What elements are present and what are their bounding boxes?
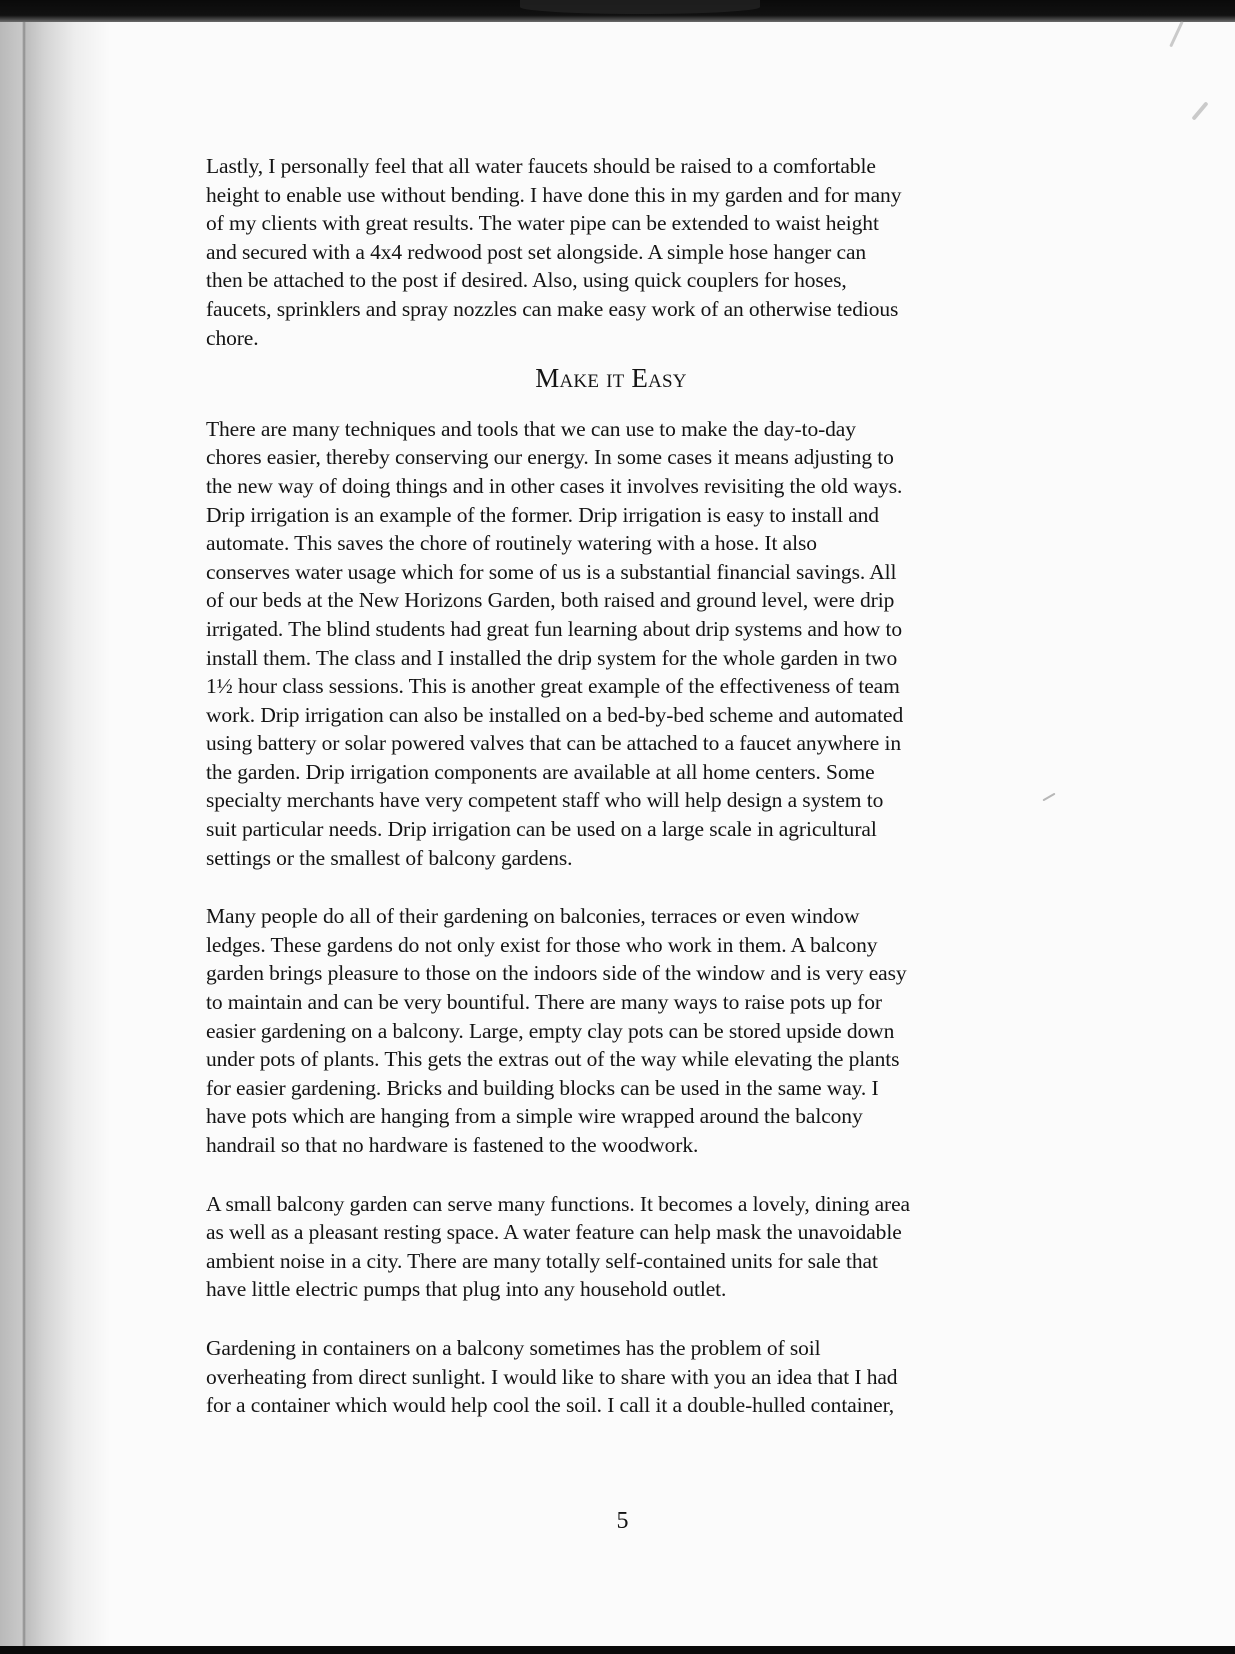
scan-smudge [1169, 21, 1184, 48]
paragraph-container-overheating: Gardening in containers on a balcony som… [206, 1334, 1006, 1420]
paragraph-spacer [206, 1160, 1006, 1190]
paragraph-small-balcony-garden: A small balcony garden can serve many fu… [206, 1190, 1006, 1304]
scan-mark [1042, 793, 1055, 802]
paragraph-spacer [206, 1304, 1006, 1334]
page-number: 5 [0, 1508, 1235, 1535]
paragraph-raised-faucets: Lastly, I personally feel that all water… [206, 152, 1006, 352]
page-body: Lastly, I personally feel that all water… [206, 152, 1006, 1420]
paragraph-drip-irrigation: There are many techniques and tools that… [206, 415, 1006, 873]
book-binding-shadow [0, 22, 110, 1646]
paragraph-balcony-gardening: Many people do all of their gardening on… [206, 902, 1006, 1159]
scan-smudge [1191, 101, 1208, 120]
scan-bottom-edge [0, 1646, 1235, 1654]
section-heading: Make it Easy [206, 364, 1006, 393]
scan-top-shadow [520, 0, 760, 14]
paragraph-spacer [206, 872, 1006, 902]
